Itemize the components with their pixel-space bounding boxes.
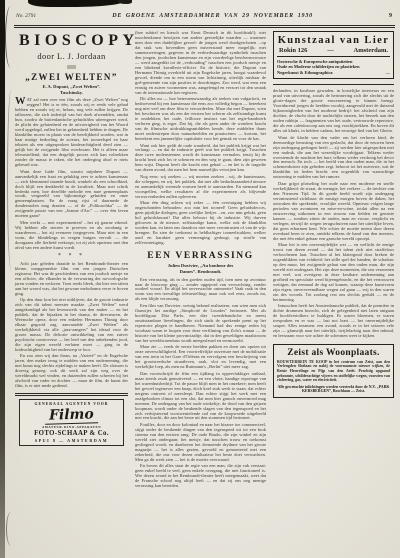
body-paragraph: Maar zie — reeds de eerste beelden pakke… xyxy=(135,345,266,370)
ornament-mark xyxy=(67,65,76,69)
right-column: Kunstzaal van Lier Rokin 126 — Amsterdam… xyxy=(273,31,394,491)
ad-zeist-body: BOUWTERREIN TE KOOP in het centrum van Z… xyxy=(277,360,390,383)
section-title: BIOSCOPY xyxy=(15,32,128,50)
left-column: BIOSCOPY door L. J. Jordaan „ZWEI WELTEN… xyxy=(15,31,128,491)
article-heading-zwei-welten: „ZWEI WELTEN” xyxy=(15,72,128,82)
body-paragraph: Dan voortschrijdt de film een tijdlang i… xyxy=(135,372,266,422)
ad-zeist-woonplaats: Zeist als Woonplaats. BOUWTERREIN TE KOO… xyxy=(273,344,394,398)
body-paragraph: Fouilles, door en door koloniaal en naar… xyxy=(135,423,266,463)
ad-city: Amsterdam. xyxy=(354,47,388,54)
body-paragraph: WAT zal men over een film als deze „Zwei… xyxy=(15,98,128,168)
masthead: DE GROENE AMSTERDAMMER VAN 29 NOVEMBER 1… xyxy=(112,13,313,19)
body-paragraph: Acht jaar geleden draaide in het Rembran… xyxy=(15,262,128,297)
body-paragraph: Daar grijpt plotseling het oude naar een… xyxy=(273,182,394,242)
byline-line-2: Dames”. Rembrandt. xyxy=(135,269,266,275)
ad-offer-text: Negerkunst & Ethnographica xyxy=(277,70,333,76)
column-rule xyxy=(273,84,394,85)
section-separator: * * * xyxy=(15,253,128,259)
ad-agent-line: GENERAAL AGENTEN VOOR xyxy=(21,402,122,406)
filmo-logo: Filmo xyxy=(45,407,98,425)
article-byline: Julien Duvivier, „Au bonheur des Dames”.… xyxy=(135,263,266,274)
ad-gallery-address: Rokin 126 — Amsterdam. xyxy=(277,47,390,54)
body-paragraph: Want ook hier geldt de oude waarheid, da… xyxy=(135,144,266,174)
article-heading-een-verrassing: EEN VERRASSING xyxy=(135,251,266,261)
body-paragraph: En boven dit alles staat de regie van ee… xyxy=(135,464,266,489)
header-double-rule xyxy=(14,25,395,28)
body-paragraph: derlanden, in kostbare gewaden, in koste… xyxy=(273,89,394,134)
ad-foto-schaap: GENERAAL AGENTEN VOOR Filmo AMATEUR-KINO… xyxy=(19,399,124,446)
paragraph-text: AT zal men over een film als deze „Zwei … xyxy=(15,97,128,167)
body-paragraph: Op den duur kon het niet uitblijven, dat… xyxy=(15,298,128,353)
ad-top-double-rule xyxy=(15,393,128,396)
scan-ink-blot-small xyxy=(118,0,132,4)
ad-kunstzaal-van-lier: Kunstzaal van Lier Rokin 126 — Amsterdam… xyxy=(273,31,394,79)
ad-gallery-name: Kunstzaal van Lier xyxy=(277,35,390,46)
ad-offer-dash: — xyxy=(386,70,390,76)
ad-inner-rule xyxy=(277,56,390,57)
page-number: 9 xyxy=(389,13,392,19)
issue-number: No. 2791 xyxy=(16,13,36,19)
body-paragraph: Men werkt — met experimenten! ...het zij… xyxy=(15,221,128,251)
body-paragraph: Want de klacht van den vader om het verl… xyxy=(273,136,394,181)
body-paragraph: En zoo zien wij dan thans, na „Varieté” … xyxy=(15,354,128,389)
ad-zeist-footer: Alle gewenschte inlichtingen worden vers… xyxy=(277,385,390,395)
ad-street: Rokin 126 xyxy=(279,47,307,54)
section-author: door L. J. Jordaan xyxy=(15,51,128,61)
body-paragraph: Een film van Duvivier, weinig bekend rea… xyxy=(135,304,266,344)
ad-subtitle: AMATEUR-KINO-APPARATEN xyxy=(21,425,122,429)
scan-corner-curl xyxy=(6,512,16,546)
body-paragraph: Maar één ding achten wij zeker — één ove… xyxy=(135,201,266,246)
page-header: No. 2791 DE GROENE AMSTERDAMMER VAN 29 N… xyxy=(16,13,392,19)
body-paragraph: Maar het is een onvermijdelijke wet — en… xyxy=(273,243,394,303)
body-paragraph: Dit alles nu — hoe betreurenswaardig als… xyxy=(135,97,266,142)
ad-address: SPUI 8 — AMSTERDAM xyxy=(21,438,122,443)
column-layout: BIOSCOPY door L. J. Jordaan „ZWEI WELTEN… xyxy=(15,31,394,491)
byline-line-2: Tuschinsky. xyxy=(15,90,128,96)
scan-edge-left xyxy=(0,0,5,558)
body-paragraph: Nog eens: wij zoeken — wij moeten zoeken… xyxy=(135,175,266,200)
body-paragraph: Een verrassing, als in den goeden ouden … xyxy=(135,278,266,303)
dropcap: W xyxy=(15,98,27,106)
ad-company-name: FOTO-SCHAAP & Co. xyxy=(21,430,122,437)
scan-binding-curl-2 xyxy=(7,90,15,270)
newspaper-page: No. 2791 DE GROENE AMSTERDAMMER VAN 29 N… xyxy=(0,0,400,558)
ad-zeist-title: Zeist als Woonplaats. xyxy=(277,348,390,358)
ad-offer-line-3: Negerkunst & Ethnographica — xyxy=(277,70,390,76)
middle-column: (hoe subtiel en kiesch was Ernst Deutsch… xyxy=(135,31,266,491)
scan-ink-blot xyxy=(28,0,123,7)
body-paragraph: Want deze luide film, waarin mijnheer Du… xyxy=(15,170,128,220)
body-paragraph: (hoe subtiel en kiesch was Ernst Deutsch… xyxy=(135,31,266,96)
article-byline: E. A. Dupont, „Zwei Welten”. Tuschinsky. xyxy=(15,84,128,95)
ad-dash: — xyxy=(327,47,334,54)
body-paragraph: Intusschen heeft het Amsterdamsche publi… xyxy=(273,304,394,339)
